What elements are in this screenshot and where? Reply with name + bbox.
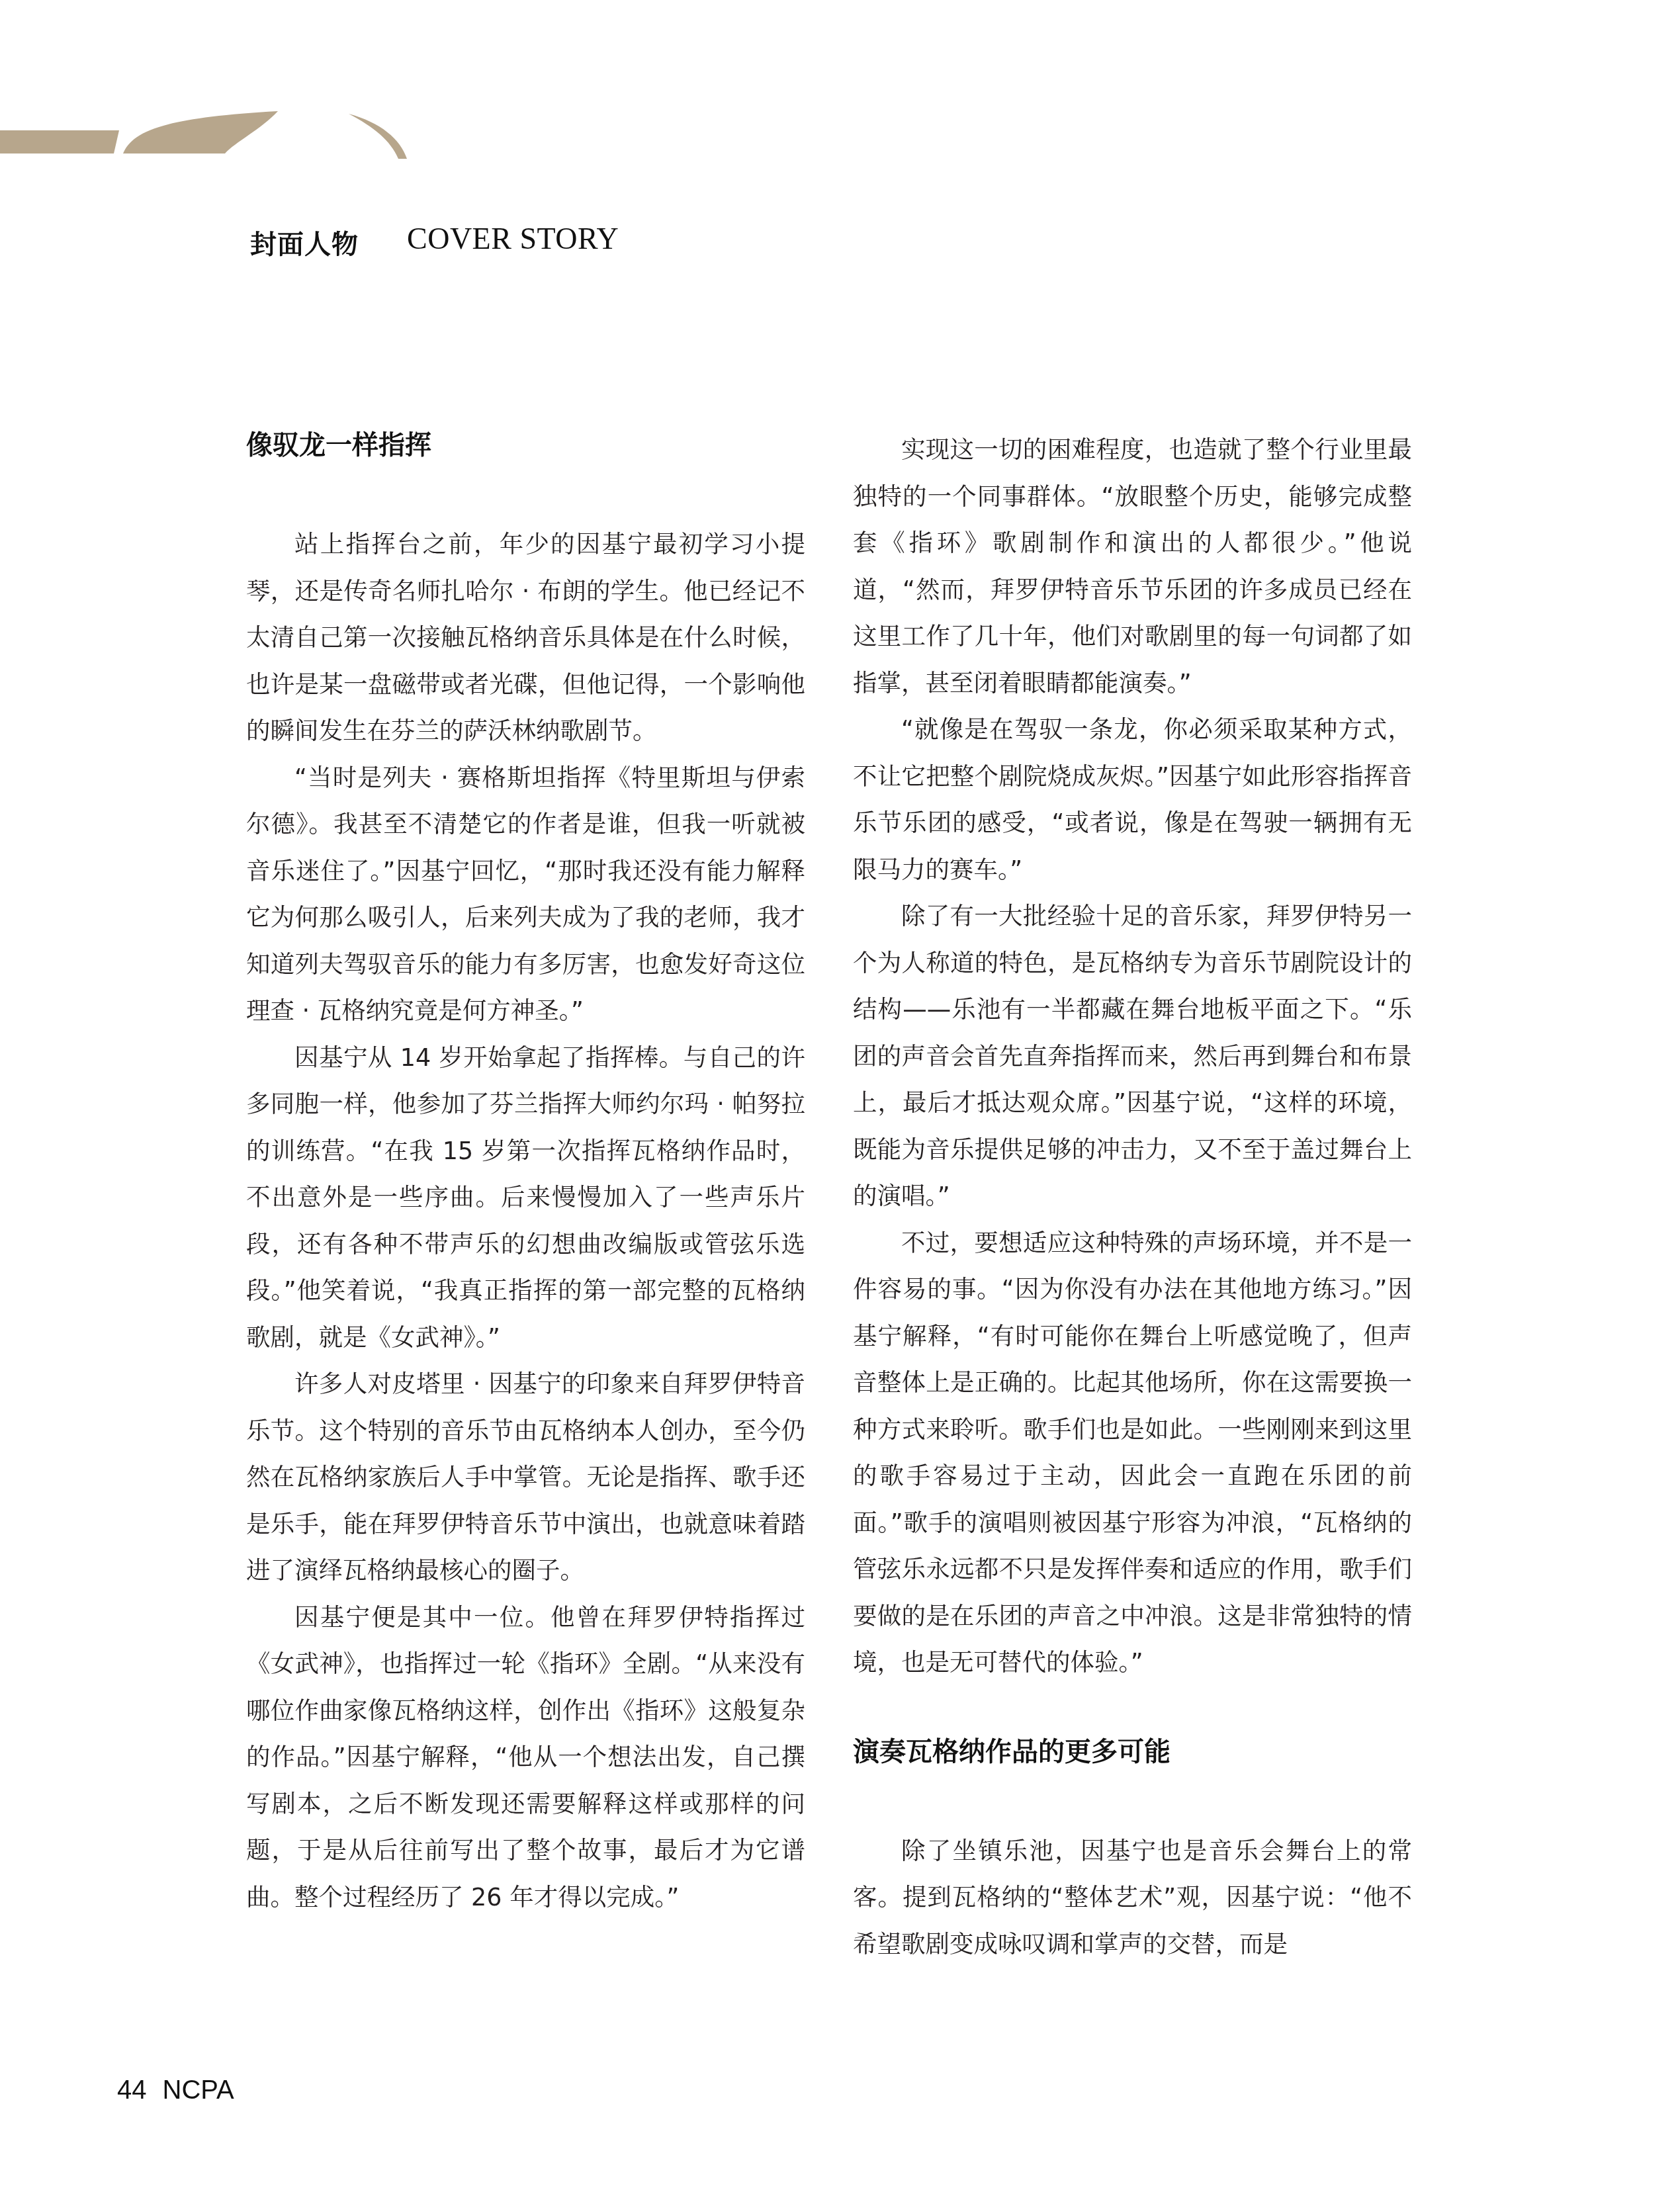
section-heading: 像驭龙一样指挥 bbox=[246, 427, 805, 464]
body-paragraph: “就像是在驾驭一条龙，你必须采取某种方式，不让它把整个剧院烧成灰烬。”因基宁如此… bbox=[853, 707, 1412, 893]
body-paragraph: 站上指挥台之前，年少的因基宁最初学习小提琴，还是传奇名师扎哈尔 · 布朗的学生。… bbox=[246, 521, 805, 755]
body-paragraph: 因基宁便是其中一位。他曾在拜罗伊特指挥过《女武神》，也指挥过一轮《指环》全剧。“… bbox=[246, 1595, 805, 1921]
body-paragraph: 许多人对皮塔里 · 因基宁的印象来自拜罗伊特音乐节。这个特别的音乐节由瓦格纳本人… bbox=[246, 1361, 805, 1595]
section-kicker-english: COVER STORY bbox=[407, 221, 619, 256]
publication-name: NCPA bbox=[163, 2076, 234, 2105]
body-paragraph: “当时是列夫 · 赛格斯坦指挥《特里斯坦与伊索尔德》。我甚至不清楚它的作者是谁，… bbox=[246, 755, 805, 1035]
body-paragraph: 不过，要想适应这种特殊的声场环境，并不是一件容易的事。“因为你没有办法在其他地方… bbox=[853, 1220, 1412, 1686]
section-heading: 演奏瓦格纳作品的更多可能 bbox=[853, 1733, 1412, 1771]
page-footer: 44NCPA bbox=[117, 2076, 234, 2105]
right-column: 实现这一切的困难程度，也造就了整个行业里最独特的一个同事群体。“放眼整个历史，能… bbox=[853, 427, 1412, 1968]
body-paragraph: 因基宁从 14 岁开始拿起了指挥棒。与自己的许多同胞一样，他参加了芬兰指挥大师约… bbox=[246, 1035, 805, 1362]
section-banner: 封面人物 COVER STORY bbox=[0, 99, 662, 172]
body-paragraph: 实现这一切的困难程度，也造就了整个行业里最独特的一个同事群体。“放眼整个历史，能… bbox=[853, 427, 1412, 707]
page-number: 44 bbox=[117, 2076, 147, 2105]
body-paragraph: 除了有一大批经验十足的音乐家，拜罗伊特另一个为人称道的特色，是瓦格纳专为音乐节剧… bbox=[853, 893, 1412, 1220]
banner-swoosh-graphic bbox=[0, 99, 662, 172]
body-paragraph: 除了坐镇乐池，因基宁也是音乐会舞台上的常客。提到瓦格纳的“整体艺术”观，因基宁说… bbox=[853, 1828, 1412, 1968]
section-kicker-chinese: 封面人物 bbox=[250, 224, 359, 261]
left-column: 像驭龙一样指挥 站上指挥台之前，年少的因基宁最初学习小提琴，还是传奇名师扎哈尔 … bbox=[246, 427, 805, 1921]
